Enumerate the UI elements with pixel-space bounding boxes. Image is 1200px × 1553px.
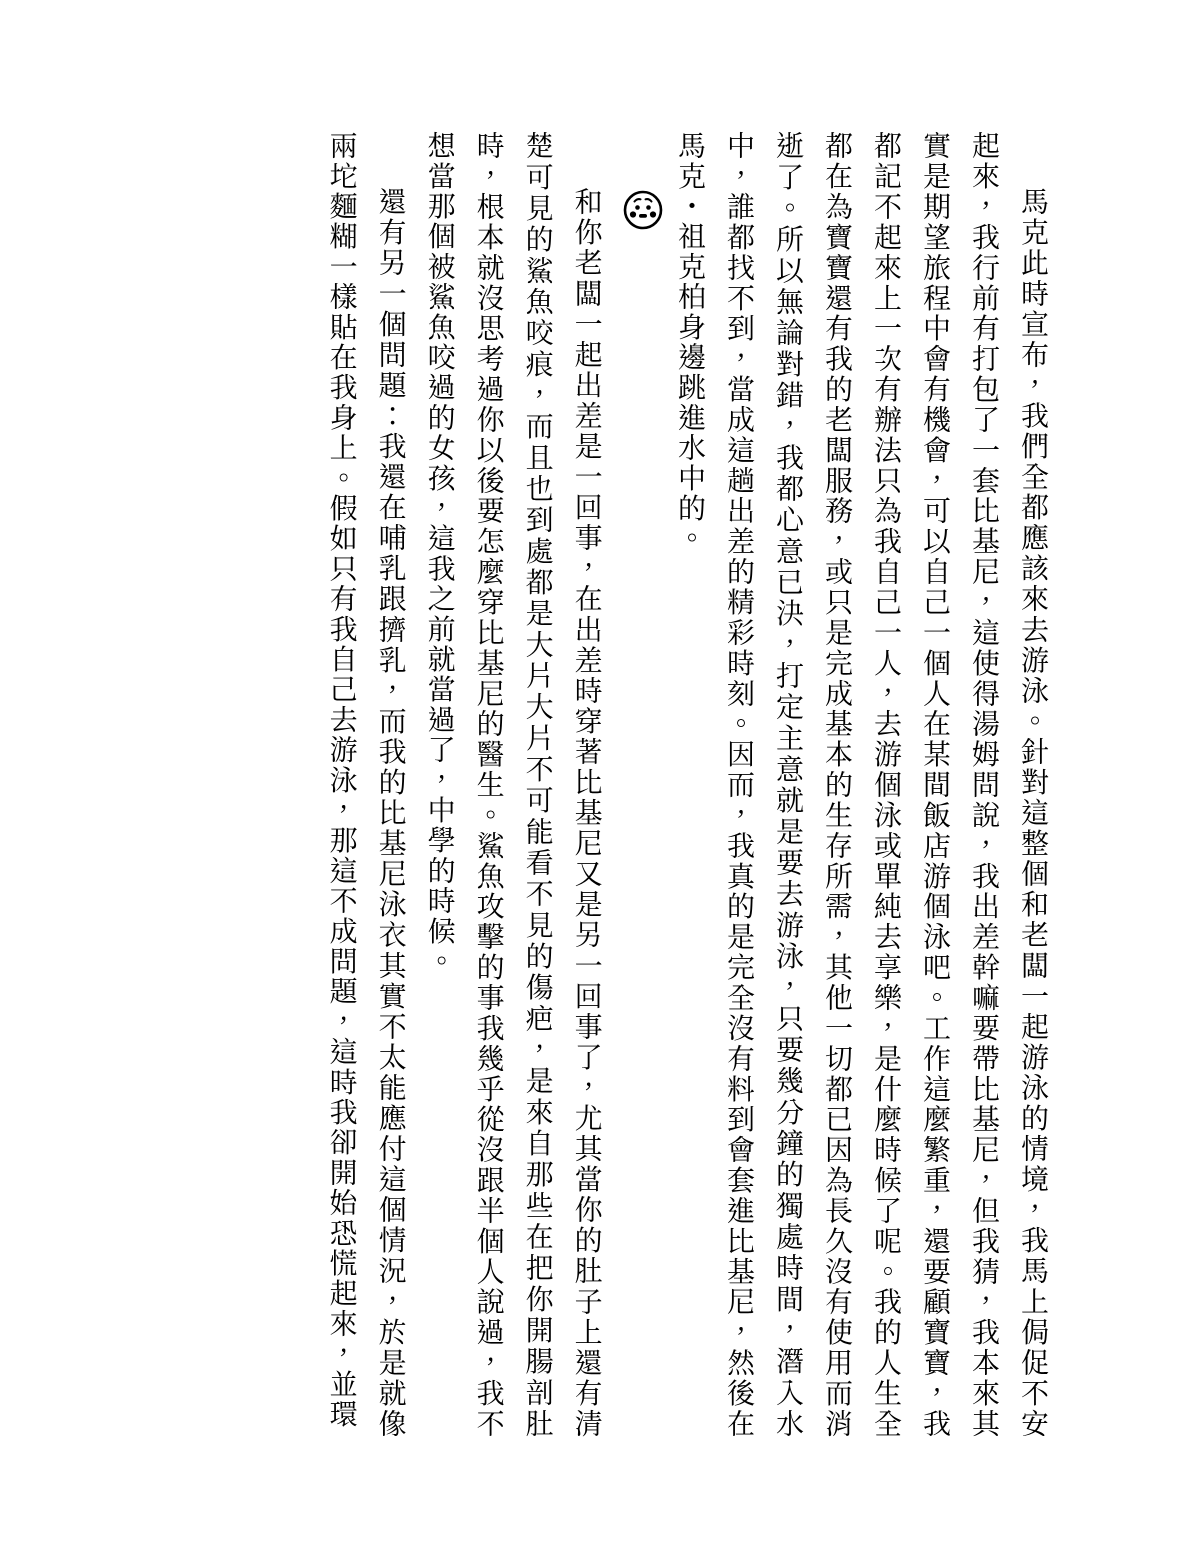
paragraph-2: 和你老闆一起出差是一回事，在出差時穿著比基尼又是另一回事了，尤其當你的肚子上還有… (416, 131, 612, 1439)
paragraph-3: 還有另一個問題：我還在哺乳跟擠乳，而我的比基尼泳衣其實不太能應付這個情況，於是就… (318, 131, 416, 1439)
vertical-text-block: 馬克此時宣布，我們全都應該來去游泳。針對這整個和老闆一起游泳的情境，我馬上侷促不… (318, 131, 1058, 1439)
book-page: 馬克此時宣布，我們全都應該來去游泳。針對這整個和老闆一起游泳的情境，我馬上侷促不… (0, 0, 1200, 1553)
flushed-face-emoji-icon (620, 187, 666, 233)
emoji-paragraph (612, 131, 666, 1439)
paragraph-1: 馬克此時宣布，我們全都應該來去游泳。針對這整個和老闆一起游泳的情境，我馬上侷促不… (666, 131, 1058, 1439)
